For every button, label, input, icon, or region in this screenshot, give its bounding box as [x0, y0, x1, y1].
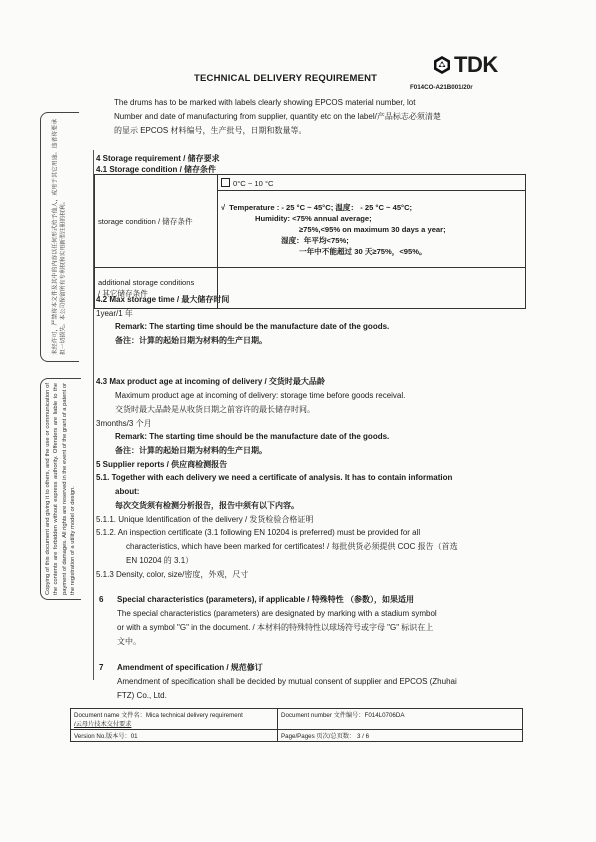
- section-5-1-line-3: 每次交货须有检测分析报告，报告中须有以下内容。: [115, 499, 299, 512]
- section-4-2-heading: 4.2 Max storage time / 最大储存时间: [96, 293, 229, 306]
- section-5-1-2-line-1: 5.1.2. An inspection certificate (3.1 fo…: [96, 526, 420, 539]
- remark-en: Remark: The starting time should be the …: [115, 320, 389, 333]
- intro-line-2: Number and date of manufacturing from su…: [114, 110, 441, 123]
- section-5-heading: 5 Supplier reports / 供应商检测报告: [96, 458, 227, 471]
- storage-condition-table: storage condition / 储存条件 0°C ~ 10 °C √Te…: [94, 174, 526, 309]
- document-title: TECHNICAL DELIVERY REQUIREMENT: [194, 73, 377, 84]
- remark-cn: 备注：计算的起始日期为材料的生产日期。: [115, 334, 267, 347]
- section-5-1-2-line-3: EN 10204 的 3.1）: [126, 554, 193, 567]
- section-5-1-3: 5.1.3 Density, color, size/密度，外观，尺寸: [96, 568, 248, 581]
- humidity-cn-text: 湿度：年平均<75%;: [221, 235, 522, 246]
- option-ambient: √Temperature : - 25 °C ~ 45°C; 温度： - 25 …: [218, 191, 526, 268]
- remark2-en: Remark: The starting time should be the …: [115, 430, 389, 443]
- section-4-3-heading: 4.3 Max product age at incoming of deliv…: [96, 375, 325, 388]
- storage-time-value: 1year/1 年: [96, 307, 133, 320]
- document-footer-table: Document name 文件名：Mica technical deliver…: [70, 708, 523, 742]
- notice-en-text: Copying of this document and giving it t…: [44, 383, 78, 595]
- storage-condition-label: storage condition / 储存条件: [95, 175, 218, 268]
- checkbox-unchecked-icon: [221, 178, 230, 187]
- product-age-desc-cn: 交货时最大品龄是从收货日期之前容许的最长储存时间。: [115, 403, 315, 416]
- confidentiality-notice-en: Copying of this document and giving it t…: [40, 378, 81, 600]
- section-6-heading: Special characteristics (parameters), if…: [117, 593, 414, 606]
- humidity-text: Humidity: <75% annual average;: [221, 213, 522, 224]
- product-age-desc-en: Maximum product age at incoming of deliv…: [115, 389, 405, 402]
- document-name: Document name 文件名：Mica technical deliver…: [74, 710, 274, 719]
- remark2-cn: 备注：计算的起始日期为材料的生产日期。: [115, 444, 267, 457]
- checkmark-icon: √: [221, 202, 225, 213]
- temperature-text: Temperature : - 25 °C ~ 45°C; 温度： - 25 °…: [229, 203, 412, 212]
- version-number: Version No.版本号：01: [71, 730, 278, 742]
- section-5-1-1: 5.1.1. Unique Identification of the deli…: [96, 513, 313, 526]
- notice-cn-text: 未经许可，严禁将本文件及其中的内容以任何形式给予他人，或用于其它用途。违者将要承…: [52, 119, 69, 355]
- option-cold-text: 0°C ~ 10 °C: [233, 179, 273, 188]
- tdk-logo: TDK: [432, 53, 498, 77]
- section-7-line-1: Amendment of specification shall be deci…: [117, 675, 457, 688]
- section-5-1-line-2: about:: [115, 485, 139, 498]
- humidity-limit-text: ≥75%,<95% on maximum 30 days a year;: [221, 224, 522, 235]
- table-row: storage condition / 储存条件 0°C ~ 10 °C: [95, 175, 526, 191]
- section-7-number: 7: [99, 661, 103, 674]
- table-row: Document name 文件名：Mica technical deliver…: [71, 709, 523, 730]
- section-7-line-2: FTZ) Co., Ltd.: [117, 689, 167, 702]
- section-5-1-line-1: 5.1. Together with each delivery we need…: [96, 471, 452, 484]
- document-name-cn: /云母片技术交付要求: [74, 719, 274, 728]
- tdk-logo-text: TDK: [454, 54, 498, 76]
- document-number: Document number 文件编号：F014L0706DA: [278, 709, 523, 730]
- table-row: Version No.版本号：01 Page/Pages 页次/总页数： 3 /…: [71, 730, 523, 742]
- humidity-limit-cn-text: 一年中不能超过 30 天≥75%，<95%。: [221, 246, 522, 257]
- document-name-cell: Document name 文件名：Mica technical deliver…: [71, 709, 278, 730]
- section-7-heading: Amendment of specification / 规范修订: [117, 661, 263, 674]
- section-5-1-2-line-2: characteristics, which have been marked …: [126, 540, 458, 553]
- document-reference: F014CO-A21B001/20r: [410, 84, 473, 91]
- section-6-line-1: The special characteristics (parameters)…: [117, 607, 437, 620]
- intro-line-1: The drums has to be marked with labels c…: [114, 96, 415, 109]
- product-age-value: 3months/3 个月: [96, 417, 152, 430]
- confidentiality-notice-cn: 未经许可，严禁将本文件及其中的内容以任何形式给予他人，或用于其它用途。违者将要承…: [40, 112, 79, 362]
- page-number: Page/Pages 页次/总页数： 3 / 6: [278, 730, 523, 742]
- intro-line-3: 的显示 EPCOS 材料编号，生产批号，日期和数量等。: [114, 124, 306, 137]
- tdk-logo-icon: [432, 55, 452, 75]
- section-6-line-3: 文中。: [117, 635, 141, 648]
- section-6-line-2: or with a symbol "G" in the document. / …: [117, 621, 433, 634]
- section-6-number: 6: [99, 593, 103, 606]
- option-cold: 0°C ~ 10 °C: [218, 175, 526, 191]
- additional-conditions-value: [218, 268, 526, 309]
- additional-label-en: additional storage conditions: [98, 277, 214, 288]
